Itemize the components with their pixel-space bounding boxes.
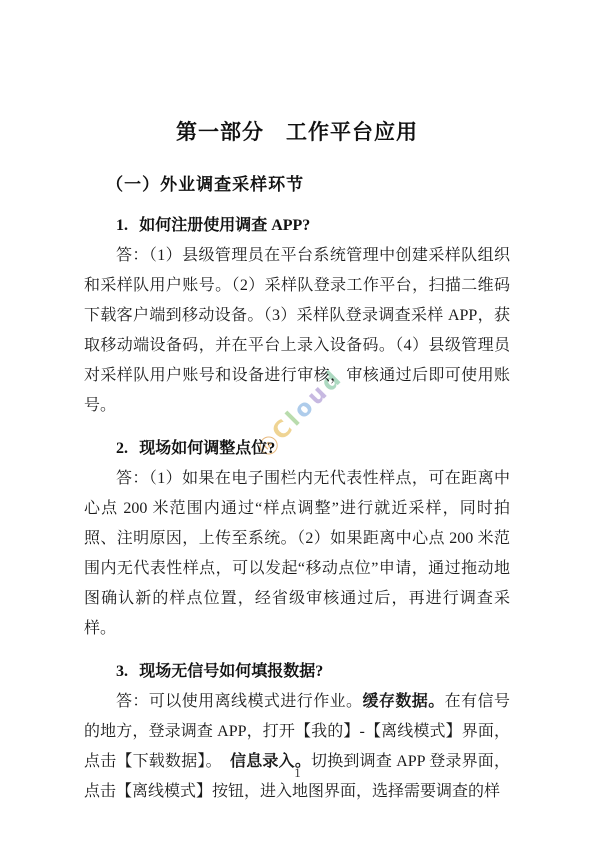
question-number: 2. bbox=[116, 440, 128, 457]
question-heading: 1.如何注册使用调查 APP? bbox=[84, 211, 510, 241]
page-number: 1 bbox=[0, 766, 595, 781]
page-title: 第一部分 工作平台应用 bbox=[84, 118, 510, 148]
answer-paragraph: 答：可以使用离线模式进行作业。缓存数据。在有信号的地方，登录调查 APP，打开【… bbox=[84, 687, 510, 807]
answer-paragraph: 答：（1）如果在电子围栏内无代表性样点，可在距离中心点 200 米范围内通过“样… bbox=[84, 464, 510, 644]
section-heading: （一）外业调查采样环节 bbox=[84, 172, 510, 198]
qa-item: 1.如何注册使用调查 APP? 答：（1）县级管理员在平台系统管理中创建采样队组… bbox=[84, 211, 510, 421]
question-text: 现场如何调整点位? bbox=[139, 440, 275, 457]
document-content: 第一部分 工作平台应用 （一）外业调查采样环节 1.如何注册使用调查 APP? … bbox=[0, 0, 595, 807]
answer-segment-bold: 缓存数据。 bbox=[363, 693, 445, 710]
question-heading: 2.现场如何调整点位? bbox=[84, 434, 510, 464]
document-page: IA C l o u d 第一部分 工作平台应用 （一）外业调查采样环节 1.如… bbox=[0, 0, 595, 841]
question-number: 1. bbox=[116, 217, 128, 234]
answer-segment: 答：可以使用离线模式进行作业。 bbox=[116, 693, 363, 710]
qa-item: 3.现场无信号如何填报数据? 答：可以使用离线模式进行作业。缓存数据。在有信号的… bbox=[84, 657, 510, 807]
question-text: 如何注册使用调查 APP? bbox=[139, 217, 310, 234]
question-number: 3. bbox=[116, 663, 128, 680]
question-heading: 3.现场无信号如何填报数据? bbox=[84, 657, 510, 687]
answer-paragraph: 答：（1）县级管理员在平台系统管理中创建采样队组织和采样队用户账号。（2）采样队… bbox=[84, 241, 510, 421]
question-text: 现场无信号如何填报数据? bbox=[139, 663, 323, 680]
qa-item: 2.现场如何调整点位? 答：（1）如果在电子围栏内无代表性样点，可在距离中心点 … bbox=[84, 434, 510, 644]
